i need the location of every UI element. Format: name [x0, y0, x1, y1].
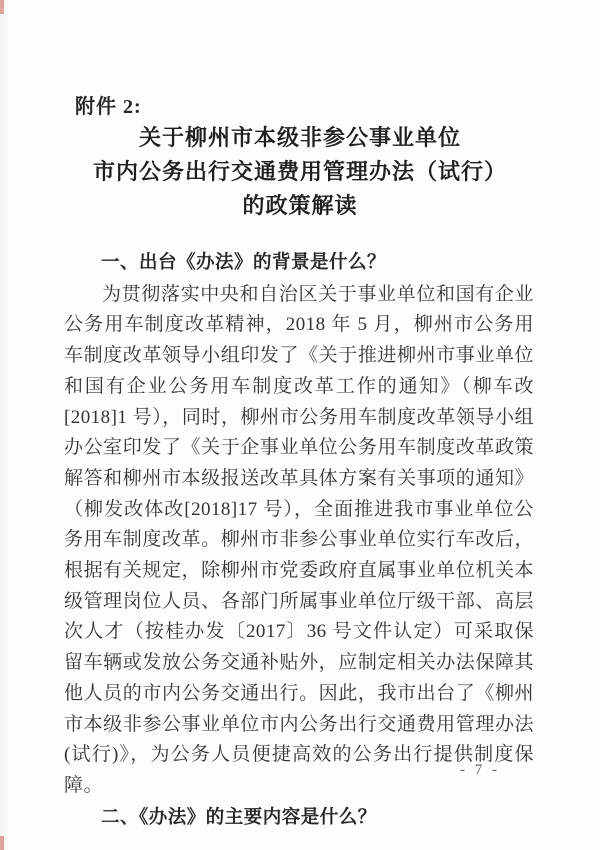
section-2-heading: 二、《办法》的主要内容是什么？	[64, 803, 534, 834]
document-title-line-3: 的政策解读	[40, 189, 560, 223]
scan-artifact-red-top-left	[0, 0, 4, 14]
document-title: 关于柳州市本级非参公事业单位 市内公务出行交通费用管理办法（试行） 的政策解读	[40, 121, 560, 223]
page-number: - 7 -	[460, 762, 500, 779]
scanned-document-page: 附件 2: 关于柳州市本级非参公事业单位 市内公务出行交通费用管理办法（试行） …	[0, 0, 600, 850]
section-1-heading: 一、出台《办法》的背景是什么？	[64, 248, 534, 279]
scan-artifact-red-bottom-left	[0, 836, 4, 850]
document-body: 一、出台《办法》的背景是什么？ 为贯彻落实中央和自治区关于事业单位和国有企业公务…	[64, 248, 534, 833]
paper-left-edge-shading	[0, 0, 10, 850]
document-title-line-1: 关于柳州市本级非参公事业单位	[40, 121, 560, 155]
document-title-line-2: 市内公务出行交通费用管理办法（试行）	[40, 155, 560, 189]
section-1-paragraph: 为贯彻落实中央和自治区关于事业单位和国有企业公务用车制度改革精神，2018 年 …	[64, 280, 534, 802]
attachment-label: 附件 2:	[75, 90, 142, 119]
